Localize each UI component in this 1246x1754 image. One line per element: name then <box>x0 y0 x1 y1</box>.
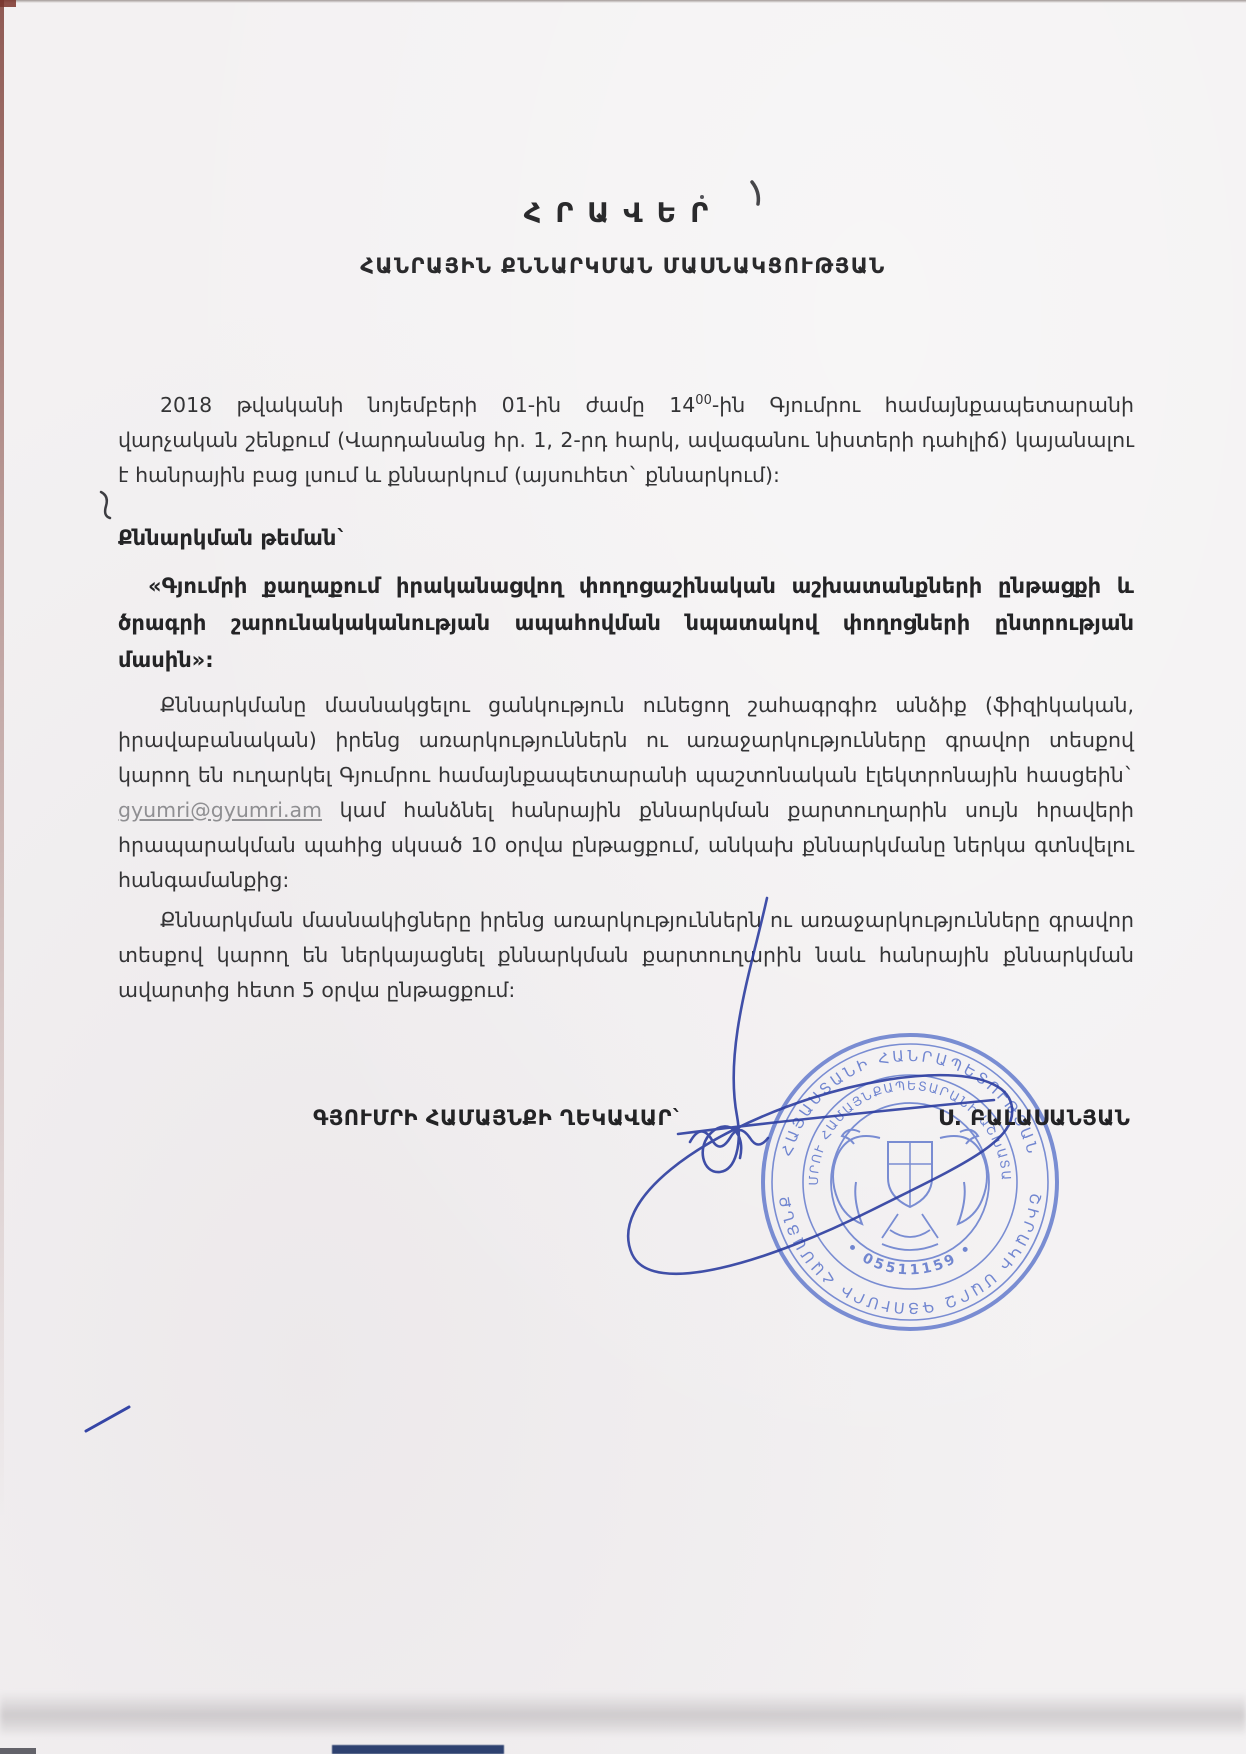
topic-paragraph: «Գյումրի քաղաքում իրականացվող փողոցաշինա… <box>118 568 1134 679</box>
time-superscript: 00 <box>695 393 712 408</box>
stamp-registration-number: • 05511159 • <box>843 1239 977 1278</box>
scan-artifact-bottom-bar <box>332 1745 504 1754</box>
participation-text-before-email: Քննարկմանը մասնակցելու ցանկություն ունեց… <box>118 693 1134 787</box>
document-subtitle: ՀԱՆՐԱՅԻՆ ՔՆՆԱՐԿՄԱՆ ՄԱՍՆԱԿՑՈՒԹՅԱՆ <box>0 254 1246 278</box>
scan-artifact-top-edge <box>0 0 1246 3</box>
scanned-document-page: ՀՐԱՎԵՐ ՀԱՆՐԱՅԻՆ ՔՆՆԱՐԿՄԱՆ ՄԱՍՆԱԿՑՈՒԹՅԱՆ … <box>0 0 1246 1754</box>
paragraph-participation: Քննարկմանը մասնակցելու ցանկություն ունեց… <box>118 688 1134 898</box>
email-link[interactable]: gyumri@gyumri.am <box>118 798 322 822</box>
coat-of-arms-icon <box>833 1130 987 1250</box>
svg-text:ՇԻՐԱԿԻ ՄԱՐԶ ԳՅՈՒՄՐԻ ՀԱՄԱՅՆՔ: ՇԻՐԱԿԻ ՄԱՐԶ ԳՅՈՒՄՐԻ ՀԱՄԱՅՆՔ <box>775 1192 1044 1317</box>
intro-text-before-time: 2018 թվականի նոյեմբերի 01-ին ժամը 14 <box>160 393 695 417</box>
svg-text:• 05511159 •: • 05511159 • <box>843 1239 977 1278</box>
stamp-text-republic: ՀԱՅԱՍՏԱՆԻ ՀԱՆՐԱՊԵՏՈՒԹՅԱՆ <box>778 1047 1042 1158</box>
margin-squiggle <box>101 492 110 518</box>
svg-text:ՀԱՅԱՍՏԱՆԻ ՀԱՆՐԱՊԵՏՈՒԹՅԱՆ: ՀԱՅԱՍՏԱՆԻ ՀԱՆՐԱՊԵՏՈՒԹՅԱՆ <box>778 1047 1042 1158</box>
document-title: ՀՐԱՎԵՐ <box>0 198 1246 229</box>
signatory-name: Ս. ԲԱԼԱՍԱՆՅԱՆ <box>938 1106 1130 1130</box>
signatory-role: ԳՅՈՒՄՐԻ ՀԱՄԱՅՆՔԻ ՂԵԿԱՎԱՐ` <box>313 1106 683 1130</box>
blue-pen-dash <box>86 1407 129 1431</box>
topic-label: Քննարկման թեման` <box>118 521 1134 556</box>
official-stamp <box>763 1035 1057 1329</box>
scan-artifact-bottom-mark <box>0 1748 36 1754</box>
scan-artifact-bottom-smudge <box>0 1692 1246 1734</box>
paragraph-intro: 2018 թվականի նոյեմբերի 01-ին ժամը 1400-ի… <box>118 388 1134 493</box>
stamp-text-region: ՇԻՐԱԿԻ ՄԱՐԶ ԳՅՈՒՄՐԻ ՀԱՄԱՅՆՔ <box>775 1192 1044 1317</box>
paragraph-post-discussion: Քննարկման մասնակիցները իրենց առարկությու… <box>118 903 1134 1008</box>
